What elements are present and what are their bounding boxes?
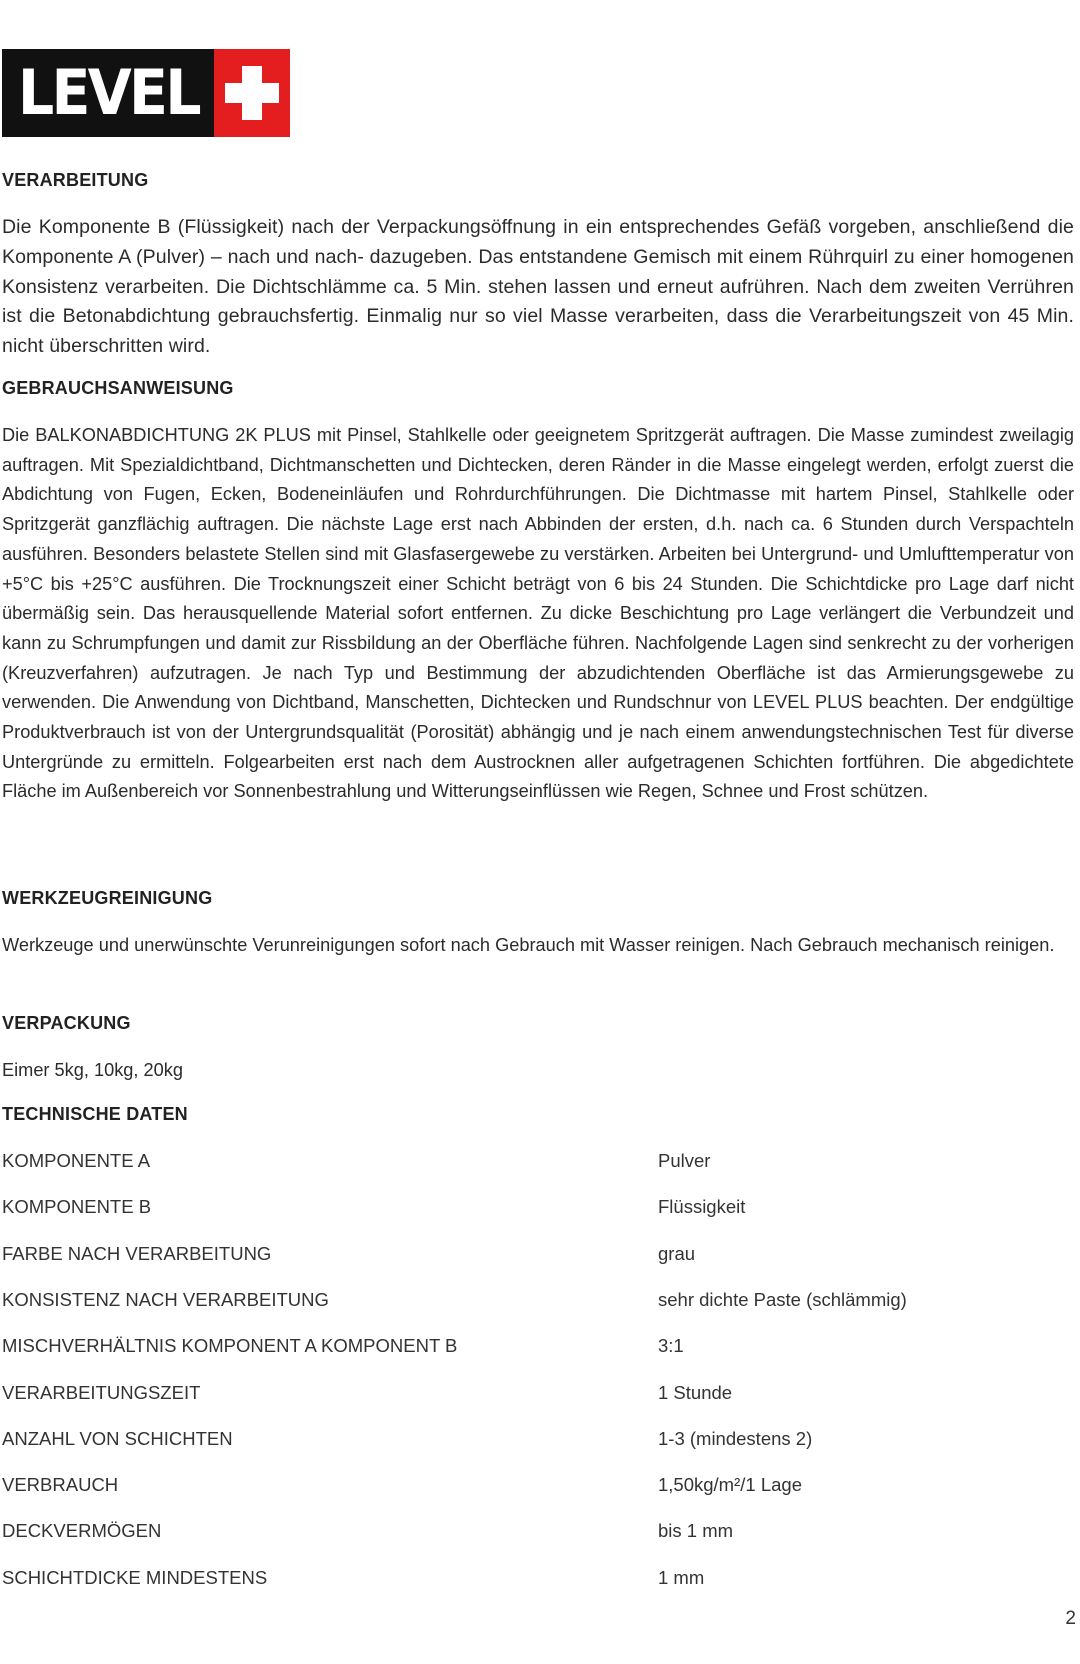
- page-number: 2: [1065, 1608, 1076, 1630]
- section-title-technische-daten: TECHNISCHE DATEN: [2, 1104, 188, 1125]
- section-text-verarbeitung: Die Komponente B (Flüssigkeit) nach der …: [2, 213, 1074, 362]
- spec-value: 1 mm: [658, 1567, 704, 1589]
- spec-row: ANZAHL VON SCHICHTEN1-3 (mindestens 2): [2, 1428, 1074, 1458]
- spec-label: KOMPONENTE A: [2, 1150, 150, 1172]
- spec-value: 1-3 (mindestens 2): [658, 1428, 812, 1450]
- spec-value: Flüssigkeit: [658, 1196, 745, 1218]
- spec-label: ANZAHL VON SCHICHTEN: [2, 1428, 233, 1450]
- spec-value: 3:1: [658, 1335, 684, 1357]
- spec-label: DECKVERMÖGEN: [2, 1520, 161, 1542]
- section-title-verpackung: VERPACKUNG: [2, 1013, 131, 1034]
- spec-label: KOMPONENTE B: [2, 1196, 151, 1218]
- spec-row: VERARBEITUNGSZEIT1 Stunde: [2, 1382, 1074, 1412]
- spec-value: grau: [658, 1243, 695, 1265]
- section-title-verarbeitung: VERARBEITUNG: [2, 170, 148, 191]
- spec-row: DECKVERMÖGENbis 1 mm: [2, 1520, 1074, 1550]
- spec-row: SCHICHTDICKE MINDESTENS1 mm: [2, 1567, 1074, 1597]
- section-text-werkzeugreinigung: Werkzeuge und unerwünschte Verunreinigun…: [2, 931, 1074, 961]
- spec-row: KONSISTENZ NACH VERARBEITUNGsehr dichte …: [2, 1289, 1074, 1319]
- section-text-gebrauchsanweisung: Die BALKONABDICHTUNG 2K PLUS mit Pinsel,…: [2, 421, 1074, 807]
- spec-row: VERBRAUCH1,50kg/m²/1 Lage: [2, 1474, 1074, 1504]
- spec-value: bis 1 mm: [658, 1520, 733, 1542]
- spec-row: KOMPONENTE APulver: [2, 1150, 1074, 1180]
- plus-icon: [214, 49, 290, 137]
- spec-label: VERBRAUCH: [2, 1474, 118, 1496]
- spec-label: VERARBEITUNGSZEIT: [2, 1382, 200, 1404]
- logo-wordmark: LEVEL: [18, 62, 199, 124]
- spec-row: KOMPONENTE BFlüssigkeit: [2, 1196, 1074, 1226]
- section-text-verpackung: Eimer 5kg, 10kg, 20kg: [2, 1056, 1074, 1086]
- spec-row: MISCHVERHÄLTNIS KOMPONENT A KOMPONENT B3…: [2, 1335, 1074, 1365]
- spec-value: Pulver: [658, 1150, 710, 1172]
- spec-value: sehr dichte Paste (schlämmig): [658, 1289, 907, 1311]
- section-title-werkzeugreinigung: WERKZEUGREINIGUNG: [2, 888, 212, 909]
- spec-label: KONSISTENZ NACH VERARBEITUNG: [2, 1289, 329, 1311]
- section-title-gebrauchsanweisung: GEBRAUCHSANWEISUNG: [2, 378, 234, 399]
- spec-row: FARBE NACH VERARBEITUNGgrau: [2, 1243, 1074, 1273]
- spec-label: SCHICHTDICKE MINDESTENS: [2, 1567, 267, 1589]
- spec-value: 1,50kg/m²/1 Lage: [658, 1474, 802, 1496]
- spec-label: MISCHVERHÄLTNIS KOMPONENT A KOMPONENT B: [2, 1335, 457, 1357]
- logo-wordmark-box: LEVEL: [2, 49, 214, 137]
- spec-label: FARBE NACH VERARBEITUNG: [2, 1243, 271, 1265]
- brand-logo: LEVEL: [2, 49, 290, 137]
- spec-value: 1 Stunde: [658, 1382, 732, 1404]
